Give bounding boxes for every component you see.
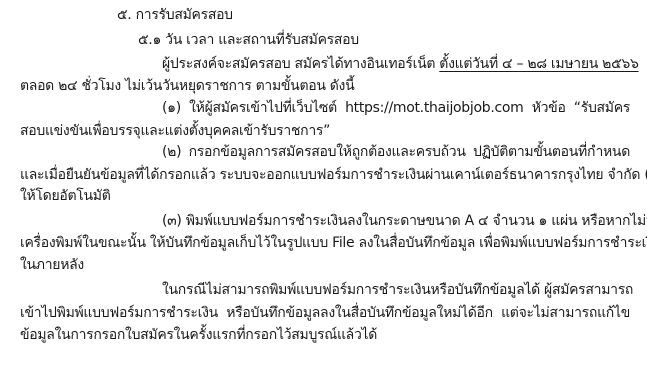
subsection-heading: ๕.๑ วัน เวลา และสถานที่รับสมัครสอบ: [138, 30, 359, 50]
intro-continuation: ตลอด ๒๔ ชั่วโมง ไม่เว้นวันหยุดราชการ ตาม…: [20, 76, 354, 96]
intro-text: ผู้ประสงค์จะสมัครสอบ สมัครได้ทางอินเทอร์…: [162, 56, 439, 72]
step-1-line-2: สอบแข่งขันเพื่อบรรจุและแต่งตั้งบุคคลเข้า…: [20, 121, 330, 141]
note-line-1: ในกรณีไม่สามารถพิมพ์แบบฟอร์มการชำระเงินห…: [162, 280, 630, 300]
step-1-line-1: (๑) ให้ผู้สมัครเข้าไปที่เว็บไซต์ https:/…: [162, 98, 630, 118]
step-2-line-1: (๒) กรอกข้อมูลการสมัครสอบให้ถูกต้องและคร…: [162, 142, 630, 162]
step-3-line-1: (๓) พิมพ์แบบฟอร์มการชำระเงินลงในกระดาษขน…: [162, 211, 630, 231]
note-line-2: เข้าไปพิมพ์แบบฟอร์มการชำระเงิน หรือบันทึ…: [20, 303, 630, 323]
step-2-line-2: และเมื่อยืนยันข้อมูลที่ได้กรอกแล้ว ระบบจ…: [20, 165, 630, 185]
note-line-3: ข้อมูลในการกรอกใบสมัครในครั้งแรกที่กรอกไ…: [20, 325, 377, 345]
step-3-line-2: เครื่องพิมพ์ในขณะนั้น ให้บันทึกข้อมูลเก็…: [20, 233, 630, 253]
intro-line: ผู้ประสงค์จะสมัครสอบ สมัครได้ทางอินเทอร์…: [162, 54, 630, 74]
section-heading: ๕. การรับสมัครสอบ: [117, 5, 233, 25]
step-2-line-3: ให้โดยอัตโนมัติ: [20, 186, 111, 206]
application-date-range: ตั้งแต่วันที่ ๔ – ๒๘ เมษายน ๒๕๖๖: [439, 56, 638, 72]
step-3-line-3: ในภายหลัง: [20, 255, 84, 275]
